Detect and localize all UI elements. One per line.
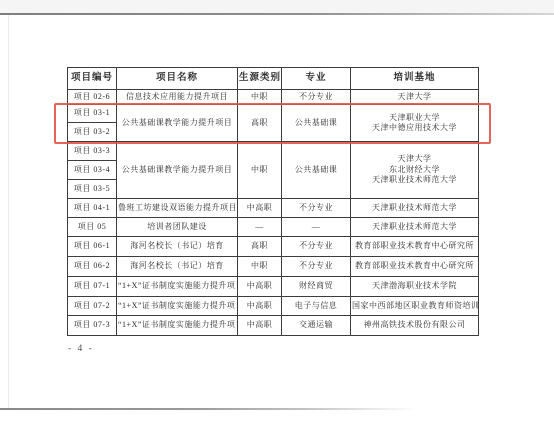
training-base-line: 天津职业大学	[352, 113, 477, 123]
cell-project-name: 海河名校长（书记）培育	[117, 257, 238, 277]
cell-source-type: 中职	[238, 257, 282, 277]
training-projects-table: 项目编号 项目名称 生源类别 专业 培训基地 项目 02-6 信息技术应用能力提…	[67, 67, 479, 336]
cell-project-name: 公共基础课教学能力提升项目	[117, 105, 238, 142]
table-row: 项目 05 培训者团队建设 — — 天津职业技术师范大学	[68, 218, 479, 237]
cell-project-id: 项目 03-3	[68, 142, 117, 161]
cell-source-type: 中高职	[238, 316, 282, 336]
table-row: 项目 03-3 公共基础课教学能力提升项目 中职 公共基础课 天津大学 东北财经…	[68, 142, 479, 161]
cell-project-id: 项目 05	[68, 218, 117, 237]
col-header-major: 专业	[282, 68, 351, 90]
cell-training-base: 天津渤海职业技术学院	[351, 277, 479, 297]
cell-source-type: 高职	[238, 237, 282, 257]
cell-project-name: 公共基础课教学能力提升项目	[117, 142, 238, 199]
cell-project-id: 项目 03-2	[68, 123, 117, 142]
cell-training-base: 天津大学	[351, 90, 479, 105]
cell-training-base: 国家中西部地区职业教育师资培训中心	[351, 297, 479, 316]
cell-major: 公共基础课	[282, 142, 351, 199]
table-row: 项目 03-1 公共基础课教学能力提升项目 高职 公共基础课 天津职业大学 天津…	[68, 105, 479, 123]
table-row: 项目 06-1 海河名校长（书记）培育 高职 不分专业 教育部职业技术教育中心研…	[68, 237, 479, 257]
col-header-project-id: 项目编号	[68, 68, 117, 90]
cell-project-name: 海河名校长（书记）培育	[117, 237, 238, 257]
cell-major: 不分专业	[282, 199, 351, 218]
table-row: 项目 07-3 “1+X”证书制度实施能力提升项目 中高职 交通运输 神州高铁技…	[68, 316, 479, 336]
table-header-row: 项目编号 项目名称 生源类别 专业 培训基地	[68, 68, 479, 90]
cell-training-base: 教育部职业技术教育中心研究所	[351, 257, 479, 277]
cell-project-name: “1+X”证书制度实施能力提升项目	[117, 316, 238, 336]
cell-project-id: 项目 07-2	[68, 297, 117, 316]
scan-page-left-edge	[8, 15, 9, 408]
cell-training-base: 天津职业技术师范大学	[351, 218, 479, 237]
cell-project-id: 项目 07-3	[68, 316, 117, 336]
table-row: 项目 04-1 鲁班工坊建设双语能力提升项目 中高职 不分专业 天津职业技术师范…	[68, 199, 479, 218]
table-row: 项目 06-2 海河名校长（书记）培育 中职 不分专业 教育部职业技术教育中心研…	[68, 257, 479, 277]
table-row: 项目 07-2 “1+X”证书制度实施能力提升项目 中高职 电子与信息 国家中西…	[68, 297, 479, 316]
cell-major: 不分专业	[282, 90, 351, 105]
cell-training-base: 天津职业大学 天津中德应用技术大学	[351, 105, 479, 142]
cell-project-id: 项目 06-1	[68, 237, 117, 257]
cell-project-id: 项目 02-6	[68, 90, 117, 105]
cell-project-id: 项目 06-2	[68, 257, 117, 277]
cell-major: 财经商贸	[282, 277, 351, 297]
scan-page-top-edge	[0, 13, 554, 15]
cell-training-base: 教育部职业技术教育中心研究所	[351, 237, 479, 257]
cell-source-type: 中职	[238, 90, 282, 105]
cell-source-type: 中高职	[238, 297, 282, 316]
training-base-line: 天津中德应用技术大学	[352, 123, 477, 133]
cell-training-base: 神州高铁技术股份有限公司	[351, 316, 479, 336]
cell-project-id: 项目 03-5	[68, 180, 117, 199]
table-row: 项目 02-6 信息技术应用能力提升项目 中职 不分专业 天津大学	[68, 90, 479, 105]
table-row: 项目 07-1 “1+X”证书制度实施能力提升项目 中高职 财经商贸 天津渤海职…	[68, 277, 479, 297]
cell-training-base: 天津大学 东北财经大学 天津职业技术师范大学	[351, 142, 479, 199]
training-base-line: 天津职业技术师范大学	[352, 175, 477, 185]
cell-project-name: “1+X”证书制度实施能力提升项目	[117, 277, 238, 297]
cell-project-id: 项目 03-4	[68, 161, 117, 180]
cell-project-id: 项目 04-1	[68, 199, 117, 218]
cell-project-name: 信息技术应用能力提升项目	[117, 90, 238, 105]
cell-major: 交通运输	[282, 316, 351, 336]
scan-top-margin	[0, 0, 554, 13]
cell-major: 公共基础课	[282, 105, 351, 142]
cell-source-type: —	[238, 218, 282, 237]
cell-project-id: 项目 03-1	[68, 105, 117, 123]
cell-source-type: 中高职	[238, 277, 282, 297]
cell-major: —	[282, 218, 351, 237]
cell-project-name: “1+X”证书制度实施能力提升项目	[117, 297, 238, 316]
cell-training-base: 天津职业技术师范大学	[351, 199, 479, 218]
cell-major: 不分专业	[282, 237, 351, 257]
page-number: - 4 -	[68, 344, 94, 354]
cell-major: 电子与信息	[282, 297, 351, 316]
col-header-source-type: 生源类别	[238, 68, 282, 90]
cell-project-id: 项目 07-1	[68, 277, 117, 297]
scan-page-bottom-edge	[0, 408, 554, 410]
cell-project-name: 鲁班工坊建设双语能力提升项目	[117, 199, 238, 218]
cell-source-type: 高职	[238, 105, 282, 142]
cell-source-type: 中高职	[238, 199, 282, 218]
cell-source-type: 中职	[238, 142, 282, 199]
cell-project-name: 培训者团队建设	[117, 218, 238, 237]
cell-major: 不分专业	[282, 257, 351, 277]
col-header-training-base: 培训基地	[351, 68, 479, 90]
training-base-line: 东北财经大学	[352, 165, 477, 175]
col-header-project-name: 项目名称	[117, 68, 238, 90]
training-base-line: 天津大学	[352, 154, 477, 164]
